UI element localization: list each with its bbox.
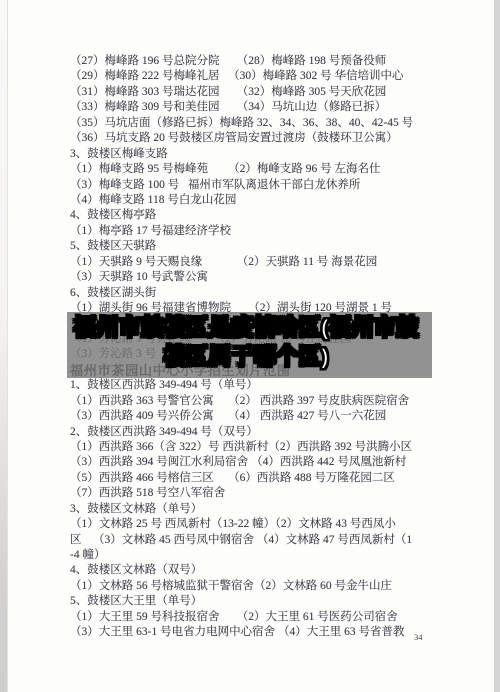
overlay-title: 福州市鼓楼区是疫情啥区(福州市鼓楼区属于哪个区) bbox=[0, 313, 496, 371]
doc-line: （31）梅峰路 303 号瑞达花园 （32）梅峰路 305 号天欣花园 bbox=[70, 85, 444, 100]
overlay-title-line2: 楼区属于哪个区) bbox=[164, 344, 329, 369]
doc-line: 4、鼓楼区梅亭路 bbox=[70, 208, 444, 223]
doc-line: （1）西洪路 366（含 322）号 西洪新村（2）西洪路 392 号洪腾小区 bbox=[70, 440, 444, 455]
doc-line: （1）文林路 25 号 西凤新村（13-22 幢）（2）文林路 43 号西凤小 bbox=[70, 517, 444, 532]
doc-line: （3）西洪路 409 号兴侨公寓 （4） 西洪路 427 号八一六花园 bbox=[70, 409, 444, 424]
doc-line: （3）大王里 63-1 号电省力电网中心宿舍 （4）大王里 63 号省普教 bbox=[70, 625, 444, 640]
doc-line: （1）天骐路 9 号天赐良缘 （2）天骐路 11 号 海景花园 bbox=[70, 255, 444, 270]
doc-line: （4）梅峰支路 118 号白龙山花园 bbox=[70, 193, 444, 208]
doc-line: 区 （3）文林路 45 西号凤中钢宿舍 （4）文林路 47 号西凤新村（1 bbox=[70, 533, 444, 548]
doc-line: （35）马坑店面（修路已拆）梅峰路 32、34、36、38、40、42-45 号 bbox=[70, 116, 444, 131]
doc-line: （1）大王里 59 号科技报宿舍 （2）大王里 61 号医药公司宿舍 bbox=[70, 610, 444, 625]
overlay-title-line1: 福州市鼓楼区是疫情啥区(福州市鼓 bbox=[74, 315, 419, 340]
doc-line: 2、鼓楼区西洪路 349-494 号（双号） bbox=[70, 425, 444, 440]
doc-line: 1、鼓楼区西洪路 349-494 号（单号） bbox=[70, 378, 444, 393]
doc-line: （5）西洪路 466 号榕信三区 （6）西洪路 488 号万隆花园二区 bbox=[70, 471, 444, 486]
doc-line: （3）西洪路 394 号闽江水利局宿舍 （4）西洪路 442 号凤凰池新村 bbox=[70, 455, 444, 470]
doc-line: 3、鼓楼区梅峰支路 bbox=[70, 147, 444, 162]
doc-line: （1）梅亭路 17 号福建经济学校 bbox=[70, 224, 444, 239]
doc-line: （7）西洪路 518 号空八军宿舍 bbox=[70, 486, 444, 501]
doc-line: （29）梅峰路 222 号梅峰礼居 （30）梅峰路 302 号 华信培训中心 bbox=[70, 69, 444, 84]
doc-line: （36）马坑支路 20 号鼓楼区房管局安置过渡房（鼓楼环卫公寓） bbox=[70, 131, 444, 146]
doc-line: 5、鼓楼区天骐路 bbox=[70, 239, 444, 254]
doc-line: 5、鼓楼区大王里（单号） bbox=[70, 594, 444, 609]
doc-line: （33）梅峰路 309 号和美佳园 （34）马坑山边（修路已拆） bbox=[70, 100, 444, 115]
doc-line: 3、鼓楼区文林路（单号） bbox=[70, 502, 444, 517]
doc-line: （3）天骐路 10 号武警公寓 bbox=[70, 270, 444, 285]
doc-line: （3）梅峰支路 100 号 福州市军队离退休干部白龙休养所 bbox=[70, 178, 444, 193]
page-number: 34 bbox=[414, 632, 423, 642]
doc-line: （1）梅峰支路 95 号梅峰苑 （2）梅峰支路 96 号 左海名仕 bbox=[70, 162, 444, 177]
doc-line: 4、鼓楼区文林路（双号） bbox=[70, 563, 444, 578]
doc-line: （1）文林路 56 号榕城监狱干警宿舍（2）文林路 60 号金牛山庄 bbox=[70, 579, 444, 594]
document-page: （27）梅峰路 196 号总院分院 （28）梅峰路 198 号预备役师（29）梅… bbox=[0, 0, 500, 692]
doc-line: （1）西洪路 363 号警官公寓 （2） 西洪路 397 号皮肤病医院宿舍 bbox=[70, 394, 444, 409]
doc-line: -4 幢） bbox=[70, 548, 444, 563]
doc-line: （27）梅峰路 196 号总院分院 （28）梅峰路 198 号预备役师 bbox=[70, 54, 444, 69]
doc-line: 6、鼓楼区湖头街 bbox=[70, 286, 444, 301]
